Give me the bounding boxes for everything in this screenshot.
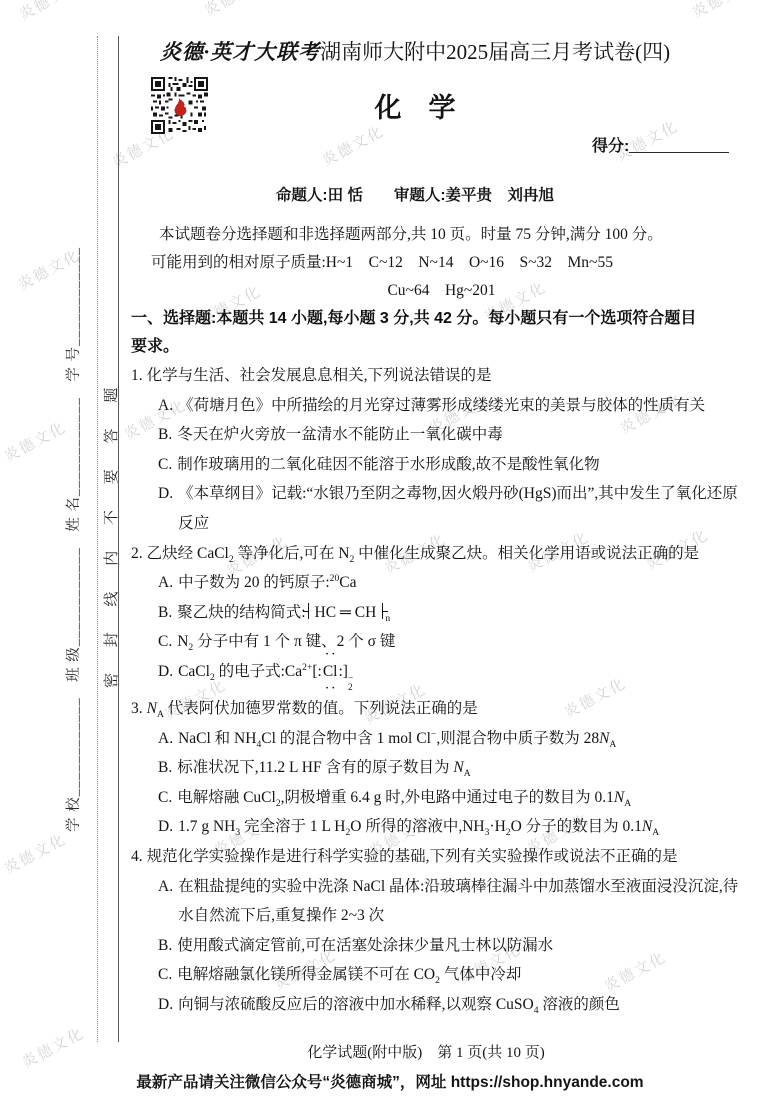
student-info-fields: 学 校____________ 班 级____________ 姓 名_____… xyxy=(62,267,83,832)
option-text: 冬天在炉火旁放一盆清水不能防止一氧化碳中毒 xyxy=(177,420,503,450)
option-4D: D.向铜与浓硫酸反应后的溶液中加水稀释,以观察 CuSO4 溶液的颜色 xyxy=(158,990,752,1020)
paper-body: 本试题卷分选择题和非选择题两部分,共 10 页。时量 75 分钟,满分 100 … xyxy=(131,221,752,1020)
question-2: 2.乙炔经 CaCl2 等净化后,可在 N2 中催化生成聚乙炔。相关化学用语或说… xyxy=(131,539,752,695)
exam-header-line: 炎德·英才大联考湖南师大附中2025届高三月考试卷(四) xyxy=(120,36,710,66)
option-3D: D.1.7 g NH3 完全溶于 1 L H2O 所得的溶液中,NH3·H2O … xyxy=(158,812,752,842)
brand-watermark: 炎德文化 xyxy=(688,0,758,23)
option-text: 制作玻璃用的二氧化硅因不能溶于水形成酸,故不是酸性氧化物 xyxy=(177,450,599,480)
option-label: D. xyxy=(158,990,173,1020)
question-1: 1.化学与生活、社会发展息息相关,下列说法错误的是 A.《荷塘月色》中所描绘的月… xyxy=(131,361,752,539)
brand-name: 炎德·英才大联考 xyxy=(160,40,320,64)
option-text: N2 分子中有 1 个 π 键、2 个 σ 键 xyxy=(177,627,395,657)
option-label: A. xyxy=(158,872,173,931)
section-heading: 一、选择题:本题共 14 小题,每小题 3 分,共 42 分。每小题只有一个选项… xyxy=(131,305,752,333)
option-3C: C.电解熔融 CuCl2,阴极增重 6.4 g 时,外电路中通过电子的数目为 0… xyxy=(158,783,752,813)
option-text: CaCl2 的电子式:Ca2+[:Cl:]−2 xyxy=(178,657,353,694)
option-text: 电解熔融 CuCl2,阴极增重 6.4 g 时,外电路中通过电子的数目为 0.1… xyxy=(177,783,631,813)
option-label: C. xyxy=(158,960,172,990)
option-3A: A.NaCl 和 NH4Cl 的混合物中含 1 mol Cl−,则混合物中质子数… xyxy=(158,724,752,754)
option-label: B. xyxy=(158,753,172,783)
question-text: 规范化学实验操作是进行科学实验的基础,下列有关实验操作或说法不正确的是 xyxy=(147,842,678,872)
option-4C: C.电解熔融氯化镁所得金属镁不可在 CO2 气体中冷却 xyxy=(158,960,752,990)
option-text: NaCl 和 NH4Cl 的混合物中含 1 mol Cl−,则混合物中质子数为 … xyxy=(178,724,616,754)
intro-line-1: 本试题卷分选择题和非选择题两部分,共 10 页。时量 75 分钟,满分 100 … xyxy=(131,221,752,249)
option-1B: B.冬天在炉火旁放一盆清水不能防止一氧化碳中毒 xyxy=(158,420,752,450)
exam-title: 湖南师大附中2025届高三月考试卷(四) xyxy=(320,40,670,64)
brand-watermark: 炎德文化 xyxy=(15,0,85,25)
seal-area-notice: 密 封 线 内 不 要 答 题 xyxy=(100,358,121,688)
question-number: 4. xyxy=(131,842,143,872)
option-text: 向铜与浓硫酸反应后的溶液中加水稀释,以观察 CuSO4 溶液的颜色 xyxy=(178,990,620,1020)
option-label: D. xyxy=(158,812,173,842)
option-1C: C.制作玻璃用的二氧化硅因不能溶于水形成酸,故不是酸性氧化物 xyxy=(158,450,752,480)
option-1A: A.《荷塘月色》中所描绘的月光穿过薄雾形成缕缕光束的美景与胶体的性质有关 xyxy=(158,391,752,421)
authors-line: 命题人:田 恬 审题人:姜平贵 刘冉旭 xyxy=(120,183,710,205)
question-number: 3. xyxy=(131,694,143,724)
option-1D: D.《本草纲目》记载:“水银乃至阴之毒物,因火煅丹砂(HgS)而出”,其中发生了… xyxy=(158,479,752,538)
option-text: 使用酸式滴定管前,可在活塞处涂抹少量凡士林以防漏水 xyxy=(177,931,553,961)
question-4: 4.规范化学实验操作是进行科学实验的基础,下列有关实验操作或说法不正确的是 A.… xyxy=(131,842,752,1020)
page-footer: 化学试题(附中版) 第 1 页(共 10 页) xyxy=(130,1041,722,1062)
option-label: C. xyxy=(158,783,172,813)
question-text: 乙炔经 CaCl2 等净化后,可在 N2 中催化生成聚乙炔。相关化学用语或说法正… xyxy=(147,539,700,569)
option-text: 在粗盐提纯的实验中洗涤 NaCl 晶体:沿玻璃棒往漏斗中加蒸馏水至液面浸没沉淀,… xyxy=(178,872,752,931)
option-label: A. xyxy=(158,724,173,754)
score-label: 得分: xyxy=(592,138,629,155)
brand-watermark: 炎德文化 xyxy=(18,1022,88,1072)
section-heading-cont: 要求。 xyxy=(131,333,752,361)
brand-watermark: 炎德文化 xyxy=(318,120,388,170)
option-2B: B.聚乙炔的结构简式:HC ═ CHn xyxy=(158,598,752,628)
option-label: B. xyxy=(158,931,172,961)
brand-watermark: 炎德文化 xyxy=(200,0,270,21)
option-2A: A.中子数为 20 的钙原子:20Ca xyxy=(158,568,752,598)
option-label: D. xyxy=(158,479,173,538)
question-number: 2. xyxy=(131,539,143,569)
score-block: 得分: xyxy=(592,133,729,156)
option-label: A. xyxy=(158,568,173,598)
option-text: 《荷塘月色》中所描绘的月光穿过薄雾形成缕缕光束的美景与胶体的性质有关 xyxy=(178,391,705,421)
option-text: 中子数为 20 的钙原子:20Ca xyxy=(178,568,356,598)
score-blank-line xyxy=(629,139,729,153)
atomic-masses-line-2: Cu~64 Hg~201 xyxy=(131,277,752,305)
option-label: C. xyxy=(158,450,172,480)
option-text: 电解熔融氯化镁所得金属镁不可在 CO2 气体中冷却 xyxy=(177,960,521,990)
option-label: C. xyxy=(158,627,172,657)
question-text: NA 代表阿伏加德罗常数的值。下列说法正确的是 xyxy=(147,694,478,724)
option-label: B. xyxy=(158,420,172,450)
option-4B: B.使用酸式滴定管前,可在活塞处涂抹少量凡士林以防漏水 xyxy=(158,931,752,961)
brand-watermark: 炎德文化 xyxy=(0,828,70,878)
option-text: 《本草纲目》记载:“水银乃至阴之毒物,因火煅丹砂(HgS)而出”,其中发生了氧化… xyxy=(178,479,752,538)
option-label: B. xyxy=(158,598,172,628)
option-2D: D.CaCl2 的电子式:Ca2+[:Cl:]−2 xyxy=(158,657,752,694)
option-text: 1.7 g NH3 完全溶于 1 L H2O 所得的溶液中,NH3·H2O 分子… xyxy=(178,812,659,842)
subject-title: 化 学 xyxy=(120,86,710,125)
atomic-masses-line: 可能用到的相对原子质量:H~1 C~12 N~14 O~16 S~32 Mn~5… xyxy=(131,249,752,277)
question-number: 1. xyxy=(131,361,143,391)
exam-page: 炎德文化炎德文化炎德文化炎德文化炎德文化炎德文化炎德文化炎德文化炎德文化炎德文化… xyxy=(0,0,780,1104)
option-2C: C.N2 分子中有 1 个 π 键、2 个 σ 键 xyxy=(158,627,752,657)
question-text: 化学与生活、社会发展息息相关,下列说法错误的是 xyxy=(147,361,492,391)
seal-dotted-line xyxy=(97,36,98,1042)
option-label: D. xyxy=(158,657,173,694)
option-3B: B.标准状况下,11.2 L HF 含有的原子数目为 NA xyxy=(158,753,752,783)
option-4A: A.在粗盐提纯的实验中洗涤 NaCl 晶体:沿玻璃棒往漏斗中加蒸馏水至液面浸没沉… xyxy=(158,872,752,931)
brand-watermark: 炎德文化 xyxy=(0,416,70,466)
option-text: 标准状况下,11.2 L HF 含有的原子数目为 NA xyxy=(177,753,470,783)
question-3: 3.NA 代表阿伏加德罗常数的值。下列说法正确的是 A.NaCl 和 NH4Cl… xyxy=(131,694,752,842)
option-label: A. xyxy=(158,391,173,421)
promo-line: 最新产品请关注微信公众号“炎德商城”，网址 https://shop.hnyan… xyxy=(0,1070,780,1092)
option-text: 聚乙炔的结构简式:HC ═ CHn xyxy=(177,598,390,628)
